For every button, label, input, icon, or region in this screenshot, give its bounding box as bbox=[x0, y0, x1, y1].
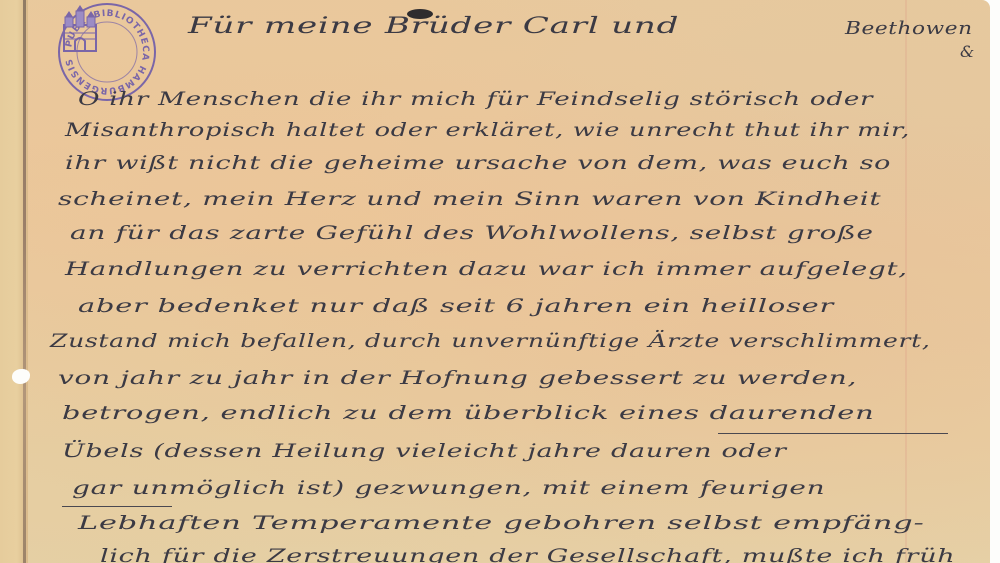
text-line-4: scheinet, mein Herz und mein Sinn waren … bbox=[58, 188, 881, 210]
text-line-9: von jahr zu jahr in der Hofnung gebesser… bbox=[58, 367, 857, 389]
manuscript-page: PUBL. BIBLIOTHECA HAMBURGENSIS Für meine… bbox=[0, 0, 990, 563]
text-line-11: Übels (dessen Heilung vieleicht jahre da… bbox=[62, 440, 787, 462]
letter-heading: Für meine Brüder Carl und bbox=[188, 14, 679, 39]
library-stamp: PUBL. BIBLIOTHECA HAMBURGENSIS bbox=[58, 3, 156, 101]
text-line-10: betrogen, endlich zu dem überblick eines… bbox=[62, 402, 874, 424]
underline-stroke bbox=[718, 433, 948, 434]
heading-mark: & bbox=[960, 42, 975, 61]
text-line-7: aber bedenket nur daß seit 6 jahren ein … bbox=[78, 295, 834, 317]
text-line-8: Zustand mich befallen, durch unvernünfti… bbox=[50, 330, 930, 352]
text-line-5: an für das zarte Gefühl des Wohlwollens,… bbox=[70, 222, 874, 244]
text-line-12: gar unmöglich ist) gezwungen, mit einem … bbox=[72, 477, 825, 499]
underline-stroke bbox=[62, 506, 172, 507]
binding-fold-line bbox=[23, 0, 26, 563]
text-line-13: Lebhaften Temperamente gebohren selbst e… bbox=[78, 512, 925, 534]
text-line-1: O ihr Menschen die ihr mich für Feindsel… bbox=[78, 88, 873, 110]
text-line-6: Handlungen zu verrichten dazu war ich im… bbox=[65, 258, 908, 280]
text-line-14: lich für die Zerstreuungen der Gesellsch… bbox=[100, 545, 955, 563]
text-line-3: ihr wißt nicht die geheime ursache von d… bbox=[65, 152, 891, 174]
text-line-2: Misanthropisch haltet oder erkläret, wie… bbox=[65, 119, 910, 141]
heading-name-right: Beethowen bbox=[845, 18, 973, 39]
castle-icon bbox=[60, 5, 100, 55]
